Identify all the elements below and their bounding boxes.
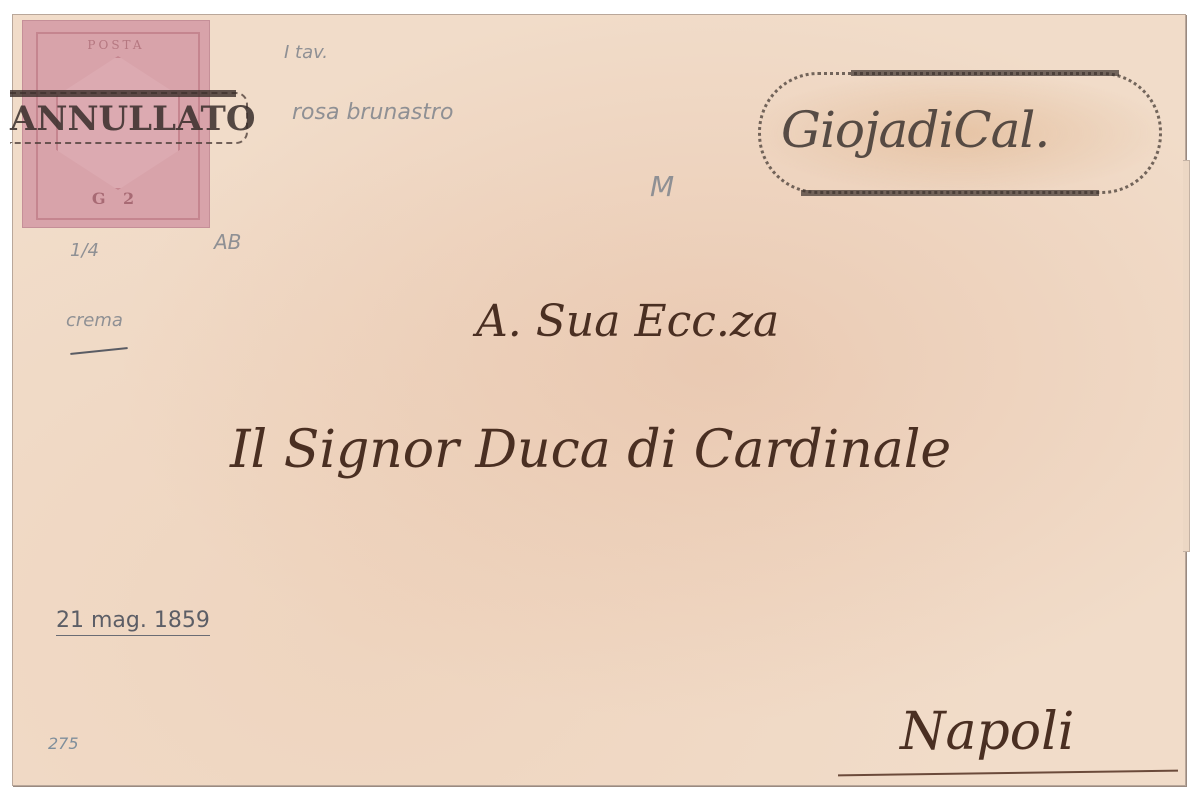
town-postmark: GiojadiCal. — [758, 72, 1162, 194]
note-mark-initials: AB — [214, 230, 241, 254]
note-mark-fraction: 1/4 — [70, 240, 99, 261]
address-city: Napoli — [900, 702, 1074, 762]
note-date: 21 mag. 1859 — [56, 608, 210, 636]
stamp-value: G 2 — [22, 189, 210, 208]
cancel-text: ANNULLATO — [10, 99, 255, 139]
postmark-text: GiojadiCal. — [781, 101, 1049, 159]
address-line-2: Il Signor Duca di Cardinale — [230, 420, 951, 480]
postmark-bar-top — [851, 70, 1119, 76]
note-shade: rosa brunastro — [292, 100, 453, 125]
address-line-1: A. Sua Ecc.za — [476, 296, 779, 347]
fold-edge — [1183, 160, 1190, 552]
note-paper: crema — [66, 310, 123, 331]
cancel-bar — [10, 90, 236, 97]
note-number: 275 — [48, 734, 79, 753]
postmark-bar-bottom — [801, 190, 1099, 196]
annullato-cancel: ANNULLATO — [10, 92, 248, 144]
note-plate: I tav. — [284, 42, 328, 63]
stamp-top-text: POSTA — [22, 38, 210, 52]
note-mark-m: M — [650, 170, 674, 203]
